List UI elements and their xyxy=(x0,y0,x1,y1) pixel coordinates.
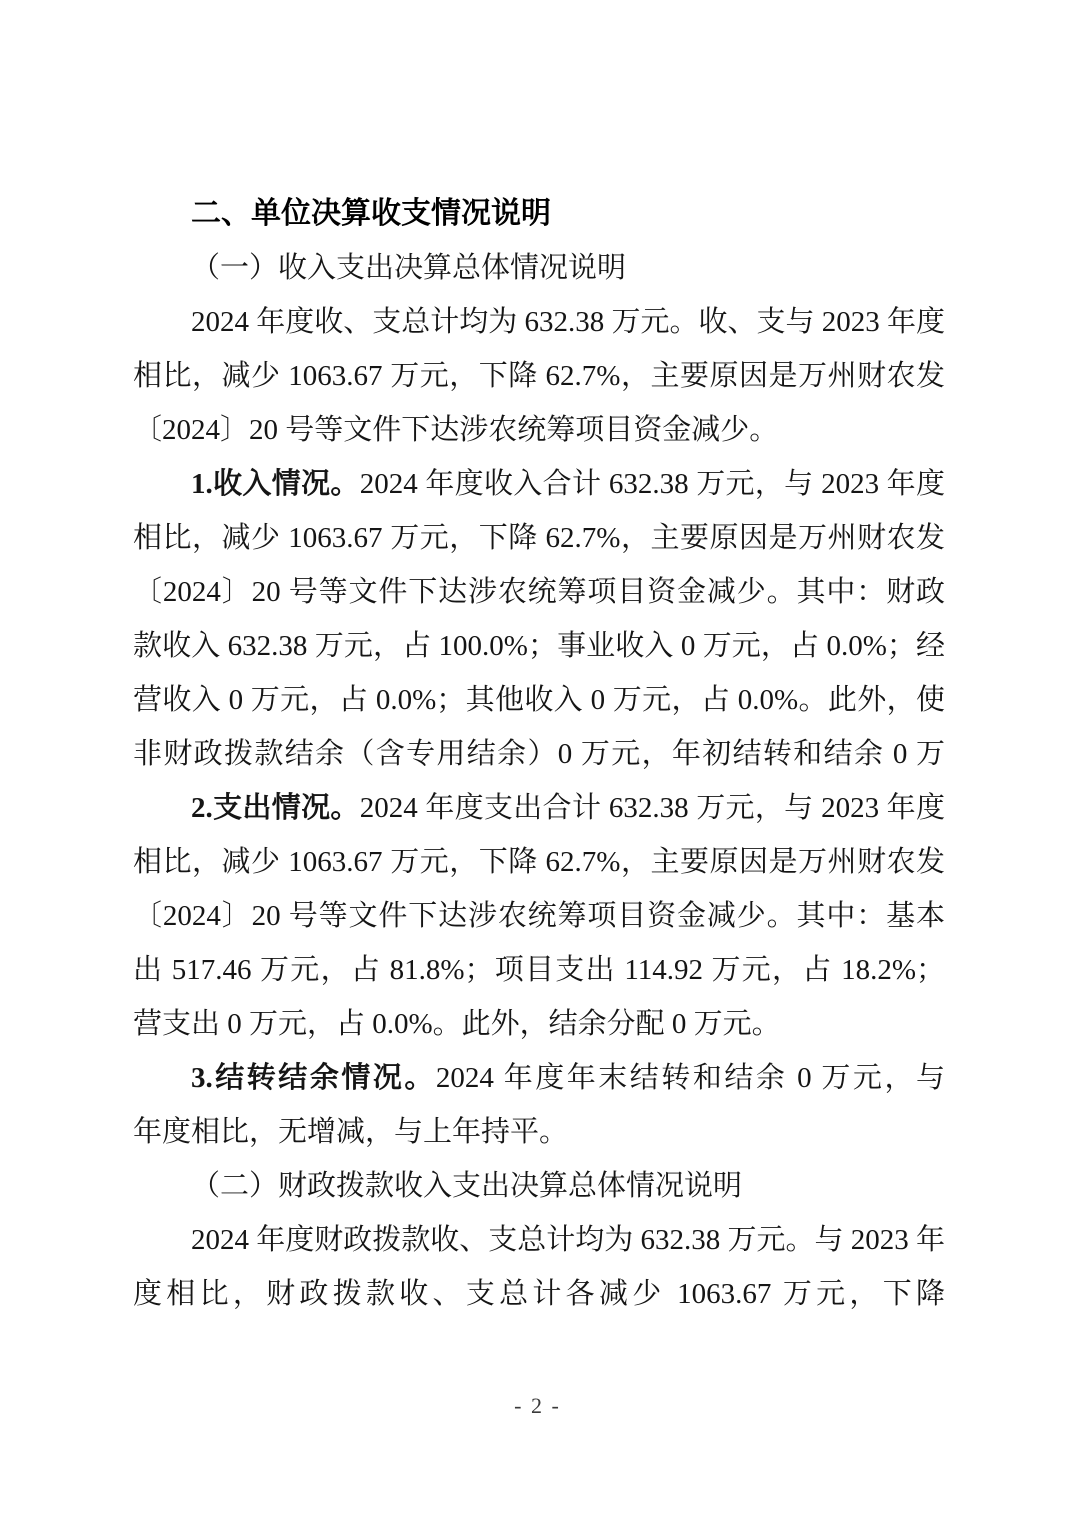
item-number-label: 3.结转结余情况。 xyxy=(191,1062,436,1094)
line-text: 2024 年度支出合计 632.38 万元，与 2023 年度 xyxy=(360,792,945,824)
line-text: 营收入 0 万元，占 0.0%；其他收入 0 万元，占 0.0%。此外，使用 xyxy=(133,684,945,727)
document-page: 二、单位决算收支情况说明 （一）收入支出决算总体情况说明 2024 年度收、支总… xyxy=(0,0,1075,1520)
line-text: 非财政拨款结余（含专用结余）0 万元，年初结转和结余 0 万元。 xyxy=(133,738,945,781)
text-line: 营收入 0 万元，占 0.0%；其他收入 0 万元，占 0.0%。此外，使用 xyxy=(133,673,945,727)
section-heading: 二、单位决算收支情况说明 xyxy=(133,187,945,241)
line-text: 〔2024〕20 号等文件下达涉农统筹项目资金减少。其中：财政拨 xyxy=(133,576,945,619)
line-text: 〔2024〕20 号等文件下达涉农统筹项目资金减少。 xyxy=(133,414,778,446)
text-line-expense-item: 2.支出情况。2024 年度支出合计 632.38 万元，与 2023 年度 xyxy=(133,781,945,835)
line-text: 度相比，财政拨款收、支总计各减少 1063.67 万元，下降 62.7%。 xyxy=(133,1278,945,1321)
text-line: 2024 年度财政拨款收、支总计均为 632.38 万元。与 2023 年 xyxy=(133,1213,945,1267)
item-number-label: 2.支出情况。 xyxy=(191,792,360,824)
item-number-label: 1.收入情况。 xyxy=(191,468,360,500)
text-line-income-item: 1.收入情况。2024 年度收入合计 632.38 万元，与 2023 年度 xyxy=(133,457,945,511)
subsection-heading-1: （一）收入支出决算总体情况说明 xyxy=(133,241,945,295)
subsection-heading-1-text: （一）收入支出决算总体情况说明 xyxy=(191,252,626,284)
page-number: - 2 - xyxy=(0,1393,1075,1419)
text-line: 2024 年度收、支总计均为 632.38 万元。收、支与 2023 年度 xyxy=(133,295,945,349)
line-text: 〔2024〕20 号等文件下达涉农统筹项目资金减少。其中：基本支 xyxy=(133,900,945,943)
subsection-heading-2: （二）财政拨款收入支出决算总体情况说明 xyxy=(133,1159,945,1213)
text-line: 营支出 0 万元，占 0.0%。此外，结余分配 0 万元。 xyxy=(133,997,945,1051)
line-text: 相比，减少 1063.67 万元，下降 62.7%，主要原因是万州财农发 xyxy=(133,522,945,554)
text-line: 款收入 632.38 万元，占 100.0%；事业收入 0 万元，占 0.0%；… xyxy=(133,619,945,673)
text-line: 〔2024〕20 号等文件下达涉农统筹项目资金减少。其中：基本支 xyxy=(133,889,945,943)
text-line: 度相比，财政拨款收、支总计各减少 1063.67 万元，下降 62.7%。 xyxy=(133,1267,945,1321)
section-heading-text: 二、单位决算收支情况说明 xyxy=(191,197,551,230)
subsection-heading-2-text: （二）财政拨款收入支出决算总体情况说明 xyxy=(191,1170,742,1202)
line-text: 年度相比，无增减，与上年持平。 xyxy=(133,1116,568,1148)
text-line: 〔2024〕20 号等文件下达涉农统筹项目资金减少。其中：财政拨 xyxy=(133,565,945,619)
text-line: 〔2024〕20 号等文件下达涉农统筹项目资金减少。 xyxy=(133,403,945,457)
line-text: 出 517.46 万元，占 81.8%；项目支出 114.92 万元，占 18.… xyxy=(133,954,945,997)
line-text: 相比，减少 1063.67 万元，下降 62.7%，主要原因是万州财农发 xyxy=(133,360,945,392)
text-line: 年度相比，无增减，与上年持平。 xyxy=(133,1105,945,1159)
line-text: 2024 年度收、支总计均为 632.38 万元。收、支与 2023 年度 xyxy=(191,306,945,338)
text-line: 相比，减少 1063.67 万元，下降 62.7%，主要原因是万州财农发 xyxy=(133,511,945,565)
document-body: 二、单位决算收支情况说明 （一）收入支出决算总体情况说明 2024 年度收、支总… xyxy=(133,187,945,1321)
line-text: 营支出 0 万元，占 0.0%。此外，结余分配 0 万元。 xyxy=(133,1008,781,1040)
line-text: 相比，减少 1063.67 万元，下降 62.7%，主要原因是万州财农发 xyxy=(133,846,945,878)
text-line: 相比，减少 1063.67 万元，下降 62.7%，主要原因是万州财农发 xyxy=(133,835,945,889)
text-line: 相比，减少 1063.67 万元，下降 62.7%，主要原因是万州财农发 xyxy=(133,349,945,403)
text-line: 非财政拨款结余（含专用结余）0 万元，年初结转和结余 0 万元。 xyxy=(133,727,945,781)
text-line: 出 517.46 万元，占 81.8%；项目支出 114.92 万元，占 18.… xyxy=(133,943,945,997)
line-text: 2024 年度财政拨款收、支总计均为 632.38 万元。与 2023 年 xyxy=(191,1224,945,1256)
text-line-carryover-item: 3.结转结余情况。2024 年度年末结转和结余 0 万元，与 2023 xyxy=(133,1051,945,1105)
line-text: 款收入 632.38 万元，占 100.0%；事业收入 0 万元，占 0.0%；… xyxy=(133,630,945,662)
line-text: 2024 年度收入合计 632.38 万元，与 2023 年度 xyxy=(360,468,945,500)
